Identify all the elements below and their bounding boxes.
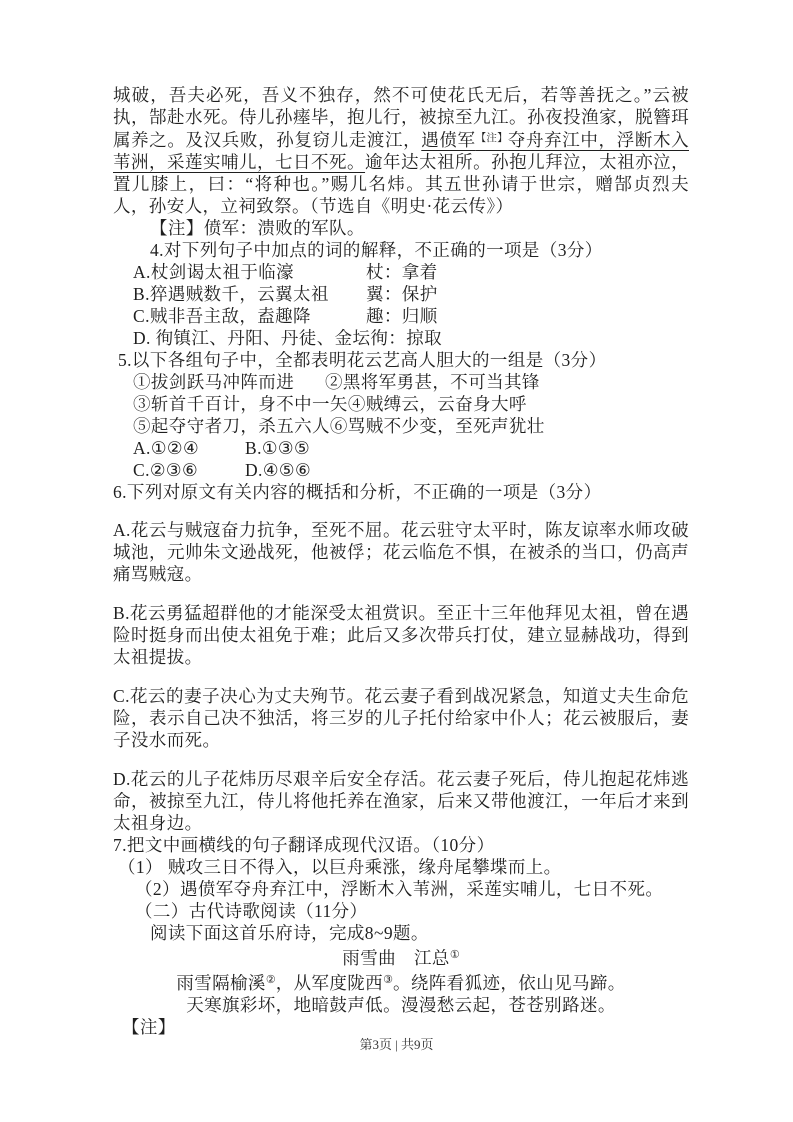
q6-option-a: A.花云与贼寇奋力抗争，至死不屈。花云驻守太平时，陈友谅率水师攻破城池，元帅朱文… — [113, 519, 689, 585]
q5-choice-b: B.①③⑤ — [245, 437, 310, 459]
q5-clause-row-3: ⑤起夺守者刀，杀五六人 ⑥骂贼不少变，至死声犹壮 — [113, 415, 689, 437]
passage-note-superscript: 【注】 — [476, 133, 508, 144]
q5-clause-2: ②黑将军勇甚，不可当其锋 — [325, 371, 540, 393]
q6-stem: 6.下列对原文有关内容的概括和分析，不正确的一项是（3分） — [113, 481, 689, 503]
q4-option-c: C.贼非吾主敌，盍趣降 趣：归顺 — [113, 305, 689, 327]
poem-title: 雨雪曲 — [342, 948, 396, 968]
q7-item-2: （2）遇偾军夺舟弃江中，浮断木入苇洲，采莲实哺儿，七日不死。 — [113, 878, 689, 900]
q5-clause-3: ③斩首千百计，身不中一矢 — [133, 393, 348, 415]
q7-item-1: （1） 贼攻三日不得入，以巨舟乘涨，缘舟尾攀堞而上。 — [113, 856, 689, 878]
poem-author-note-marker: ① — [450, 949, 460, 961]
poetry-instruction: 阅读下面这首乐府诗，完成8~9题。 — [113, 922, 689, 944]
poem-line-1-seg-c: 。绕阵看狐迹，依山见马蹄。 — [393, 973, 626, 993]
q4-option-a-gloss: 杖：拿着 — [366, 261, 438, 283]
q4-option-d-gloss: 徇：掠取 — [370, 327, 442, 349]
q5-clause-1: ①拔剑跃马冲阵而进 — [133, 371, 325, 393]
exam-page: 城破，吾夫必死，吾义不独存，然不可使花氏无后，若等善抚之。”云被执，郜赴水死。侍… — [0, 0, 793, 1122]
q4-option-c-sentence: C.贼非吾主敌，盍趣降 — [133, 305, 366, 327]
q5-choice-d: D.④⑤⑥ — [245, 459, 311, 481]
q4-option-b-sentence: B.猝遇贼数千，云翼太祖 — [133, 283, 366, 305]
q5-clause-4: ④贼缚云，云奋身大呼 — [348, 393, 527, 415]
page-footer: 第3页 | 共9页 — [0, 1034, 793, 1053]
q5-stem: 5.以下各组句子中，全都表明花云艺高人胆大的一组是（3分） — [113, 349, 689, 371]
q5-choice-a: A.①②④ — [133, 437, 245, 459]
q7-stem: 7.把文中画横线的句子翻译成现代汉语。（10分） — [113, 834, 689, 856]
q4-option-b-gloss: 翼：保护 — [366, 283, 438, 305]
q5-choice-row-2: C.②③⑥ D.④⑤⑥ — [113, 459, 689, 481]
q5-clause-row-2: ③斩首千百计，身不中一矢 ④贼缚云，云奋身大呼 — [113, 393, 689, 415]
q4-option-d-sentence: D. 徇镇江、丹阳、丹徒、金坛 — [133, 327, 370, 349]
q6-option-c: C.花云的妻子决心为丈夫殉节。花云妻子看到战况紧急，知道丈夫生命危险，表示自己决… — [113, 685, 689, 751]
poem-line-1-seg-a: 雨雪隔榆溪 — [176, 973, 266, 993]
q6-option-d: D.花云的儿子花炜历尽艰辛后安全存活。花云妻子死后，侍儿抱起花炜逃命，被掠至九江… — [113, 768, 689, 834]
poem-line-1: 雨雪隔榆溪②，从军度陇西③。绕阵看狐迹，依山见马蹄。 — [113, 969, 689, 994]
q4-option-b: B.猝遇贼数千，云翼太祖 翼：保护 — [113, 283, 689, 305]
passage-note-line: 【注】偾军：溃败的军队。 — [113, 217, 689, 239]
poetry-section-heading: （二）古代诗歌阅读（11分） — [113, 900, 689, 922]
poem-line-1-seg-b: ，从军度陇西 — [276, 973, 383, 993]
q5-clause-6: ⑥骂贼不少变，至死声犹壮 — [330, 415, 545, 437]
passage-underline-part1: 遇偾军 — [421, 130, 475, 150]
q5-choice-c: C.②③⑥ — [133, 459, 245, 481]
poem-author: 江总 — [414, 948, 450, 968]
q4-option-d: D. 徇镇江、丹阳、丹徒、金坛 徇：掠取 — [113, 327, 689, 349]
q5-clause-row-1: ①拔剑跃马冲阵而进 ②黑将军勇甚，不可当其锋 — [113, 371, 689, 393]
q4-option-c-gloss: 趣：归顺 — [366, 305, 438, 327]
passage-paragraph: 城破，吾夫必死，吾义不独存，然不可使花氏无后，若等善抚之。”云被执，郜赴水死。侍… — [113, 84, 689, 217]
poem-note-marker-3: ③ — [383, 974, 393, 986]
q5-choice-row-1: A.①②④ B.①③⑤ — [113, 437, 689, 459]
page-content: 城破，吾夫必死，吾义不独存，然不可使花氏无后，若等善抚之。”云被执，郜赴水死。侍… — [113, 84, 689, 1038]
poem-title-line: 雨雪曲江总① — [113, 944, 689, 969]
q4-option-a: A.杖剑谒太祖于临濠 杖：拿着 — [113, 261, 689, 283]
q4-stem: 4.对下列句子中加点的词的解释，不正确的一项是（3分） — [113, 239, 689, 261]
poem-line-2: 天寒旗彩坏，地暗鼓声低。漫漫愁云起，苍苍别路迷。 — [113, 994, 689, 1016]
q4-option-a-sentence: A.杖剑谒太祖于临濠 — [133, 261, 366, 283]
q5-clause-5: ⑤起夺守者刀，杀五六人 — [133, 415, 330, 437]
poem-note-marker-2: ② — [266, 974, 276, 986]
q6-option-b: B.花云勇猛超群他的才能深受太祖赏识。至正十三年他拜见太祖，曾在遇险时挺身而出使… — [113, 602, 689, 668]
